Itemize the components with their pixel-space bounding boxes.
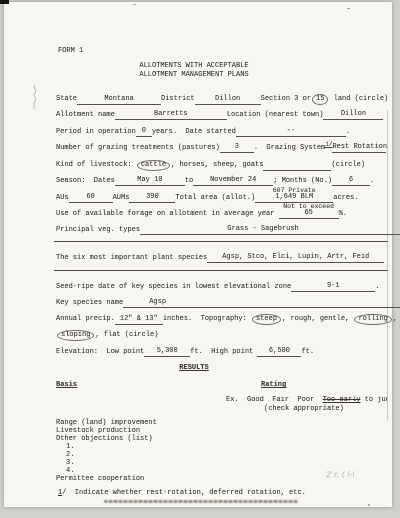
treatments-field: 3 [220,143,254,153]
period-end: . [346,128,350,136]
results-heading-text: RESULTS [179,364,208,372]
row-state-district-section: StateMontanaDistrictDillonSection 3 or15… [56,94,388,105]
form-number: FORM 1 [58,47,83,56]
microprint-smudge [104,500,298,503]
seed-ripe-value: 9-1 [327,282,340,290]
veg-types-field: Grass - Sagebrush [140,225,400,235]
allotment-name-label: Allotment name [56,111,115,119]
state-field: Montana [77,95,161,105]
season-from-value: May 10 [137,176,162,184]
period-value: 0 [142,127,146,135]
seed-ripe-field: 9-1 [291,282,375,292]
elevation-low-field: 5,300 [144,347,190,357]
location-field: Dillon [323,110,383,120]
check-appropriate-note: (check appropriate) [264,405,344,414]
footnote-text: Indicate whether rest-rotation, deferred… [66,489,305,497]
aums-label: AUMs [113,194,130,202]
allotment-name-value: Barretts [154,110,188,118]
district-field: Dillon [195,95,261,105]
treatments-value: 3 [235,143,239,151]
season-to-field: November 24 [193,176,273,186]
seed-ripe-label: Seed-ripe date of key species in lowest … [56,283,291,291]
season-to-label: to [185,177,193,185]
plant-species-label: The six most important plant species [56,254,207,262]
scan-edge-line [387,110,388,420]
period-label: Period in operation [56,128,136,136]
list-number-text: 1. [66,443,74,451]
key-species-label: Key species name [56,299,123,307]
grazing-system-value: Rest Rotation [332,143,387,151]
topo-comma: , [393,315,397,323]
aus-value: 60 [86,193,94,201]
scan-speck [368,504,370,506]
seed-ripe-end: . [375,283,379,291]
area-private-note: 607 Private [255,186,333,195]
rating-checked-too-early: Too early [323,396,361,404]
forage-use-field: Not to exceed65 [279,209,339,219]
state-value: Montana [104,95,133,103]
livestock-options: , horses, sheep, goats [171,161,263,169]
row-topography-continued: sloping, flat (circle) [56,330,158,341]
permittee-cooperation-text: Permittee cooperation [56,475,144,483]
livestock-circled-cattle: cattle [137,160,170,171]
row-veg-types: Principal veg. typesGrass - Sagebrush [56,225,400,235]
row-season: Season: DatesMay 10toNovember 24; Months… [56,176,374,186]
plant-species-field: Agsp, Stco, Elci, Lupin, Artr, Feid [207,253,384,263]
plant-species-value: Agsp, Stco, Elci, Lupin, Artr, Feid [222,253,369,261]
row-livestock: Kind of livestock: cattle, horses, sheep… [56,160,365,171]
basis-heading: Basis [56,381,77,390]
section-suffix: land (circle) [329,95,388,103]
high-point-label: ft. High point [190,348,257,356]
topo-options-1: , rough, gentle, [282,315,353,323]
elevation-high-field: 6,500 [257,347,301,357]
percent-label: %. [339,210,347,218]
aus-field: 60 [69,193,113,203]
annual-precip-label: Annual precip. [56,315,115,323]
months-value: 6 [349,176,353,184]
state-label: State [56,95,77,103]
elevation-label: Elevation: Low point [56,348,144,356]
permittee-cooperation-row: Permittee cooperation [56,475,144,484]
scan-speck [347,8,350,9]
key-species-field: Agsp [123,298,400,308]
district-value: Dillon [215,95,240,103]
row-allotment-location: Allotment nameBarrettsLocation (nearest … [56,110,383,120]
aus-label: AUs [56,194,69,202]
margin-pencil-mark [29,84,41,110]
date-started-field: -- [236,127,346,137]
topography-label: inches. Topography: [163,315,251,323]
livestock-circle-note: (circle) [331,161,365,169]
row-key-species: Key species nameAgsp [56,298,400,308]
acres-label: acres. [333,194,358,202]
scan-corner-mark [0,0,9,4]
elevation-low-value: 5,300 [157,347,178,355]
row-forage-use: Use of available forage on allotment in … [56,209,347,219]
months-field: 6 [332,176,370,186]
form-title-line1: ALLOTMENTS WITH ACCEPTABLE [0,62,388,71]
form-title: ALLOTMENTS WITH ACCEPTABLEALLOTMENT MANA… [0,62,388,80]
key-species-value: Agsp [149,298,166,306]
period-field: 0 [136,127,152,137]
topo-circled-sloping: sloping [57,330,94,341]
rating-heading-text: Rating [261,381,286,389]
location-value: Dillon [341,110,366,118]
veg-types-value: Grass - Sagebrush [227,225,298,233]
season-to-value: November 24 [210,176,256,184]
months-label: ; Months (No.) [273,177,332,185]
grazing-system-field: Rest Rotation [332,143,386,153]
form-number-text: FORM 1 [58,47,83,55]
section-label: Section 3 or [261,95,311,103]
topo-circled-steep: steep [252,314,281,325]
rating-scale-row: Ex. Good Fair Poor Too early to judge [226,396,387,405]
livestock-label: Kind of livestock: [56,161,136,169]
total-area-label: Total area (allot.) [175,194,255,202]
forage-use-label: Use of available forage on allotment in … [56,210,279,218]
row-elevation: Elevation: Low point5,300ft. High point … [56,347,314,357]
veg-types-label: Principal veg. types [56,226,140,234]
scan-speck [133,4,136,5]
basis-item-text: Other objections (list) [56,435,153,443]
rating-scale-options: Ex. Good Fair Poor [226,396,323,404]
rating-heading: Rating [261,381,286,390]
district-label: District [161,95,195,103]
not-to-exceed-note: Not to exceed [279,202,339,211]
location-label: Location (nearest town) [227,111,324,119]
rating-scale-suffix: to judge [360,396,387,404]
section-divider-bottom [54,270,388,271]
annual-precip-value: 12" & 13" [120,315,158,323]
basis-item-text: Range (land) improvement [56,419,157,427]
season-end: . [370,177,374,185]
list-number-text: 2. [66,451,74,459]
aums-field: 390 [129,193,175,203]
grazing-system-label: . Grazing System [254,144,325,152]
list-number-text: 4. [66,467,74,475]
check-appropriate-text: (check appropriate) [264,405,344,413]
elevation-high-value: 6,500 [269,347,290,355]
row-treatments-grazing: Number of grazing treatments (pastures)3… [56,143,386,153]
footnote-row: 1/ Indicate whether rest-rotation, defer… [58,489,306,498]
basis-heading-text: Basis [56,381,77,389]
topo-options-2: , flat (circle) [95,331,158,339]
treatments-label: Number of grazing treatments (pastures) [56,144,220,152]
basis-item-text: Livestock production [56,427,140,435]
section-divider-top [54,241,388,242]
form-title-line2: ALLOTMENT MANAGEMENT PLANS [0,71,388,80]
allotment-name-field: Barretts [115,110,227,120]
date-started-value: -- [287,127,295,135]
season-from-field: May 10 [115,176,185,186]
row-plant-species: The six most important plant speciesAgsp… [56,253,384,263]
season-dates-label: Season: Dates [56,177,115,185]
row-period-date: Period in operation0years. Date started-… [56,127,350,137]
row-seed-ripe: Seed-ripe date of key species in lowest … [56,282,379,292]
row-precip-topography: Annual precip.12" & 13"inches. Topograph… [56,314,397,325]
annual-precip-field: 12" & 13" [115,315,163,325]
elevation-end: ft. [301,348,314,356]
section-circled-value: 15 [312,94,328,105]
livestock-other-field [263,161,331,171]
date-started-label: years. Date started [152,128,236,136]
pencil-handwriting-note: Z r. ( i-i [326,470,355,480]
list-number-text: 3. [66,459,74,467]
aums-value: 390 [146,193,159,201]
results-heading: RESULTS [0,364,388,373]
